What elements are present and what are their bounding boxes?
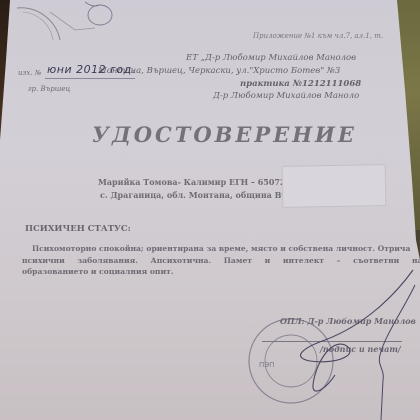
redaction-patch	[282, 164, 387, 208]
annex-note: Приложение №1 към чл.7, ал.1, т.	[253, 32, 383, 40]
reference-underline	[45, 78, 135, 79]
top-stamp-icon	[15, 0, 115, 45]
reference-city: гр. Вършец	[28, 85, 70, 93]
patient-address-line: с. Драганица, обл. Монтана, община Върше…	[100, 190, 313, 200]
reference-label: изх. №	[18, 69, 41, 77]
document-page: Приложение №1 към чл.7, ал.1, т. ЕТ „Д-р…	[0, 0, 420, 420]
body-line-2: психични заболявания. Апсихотична. Памет…	[22, 256, 420, 265]
document-title: УДОСТОВЕРЕНИЕ	[92, 122, 357, 147]
header-practice-number: практика №1212111068	[240, 79, 361, 89]
body-line-3: образованието и социалния опит.	[22, 267, 173, 276]
body-line-1: Психомоторно спокойна; ориентирана за вр…	[32, 244, 410, 253]
patient-name-line: Марийка Томова- Калимир ЕГН – 650727	[98, 177, 291, 187]
header-doctor: Д-р Любомир Михайлов Маноло	[213, 91, 359, 101]
reference-handwritten-date: юни 2012 год.	[47, 63, 136, 76]
header-company: ЕТ „Д-р Любомир Михайлов Манолов	[186, 53, 356, 63]
handwritten-signature-icon	[285, 265, 420, 420]
svg-text:ПЭП: ПЭП	[259, 361, 274, 369]
section-heading: ПСИХИЧЕН СТАТУС:	[25, 224, 131, 234]
